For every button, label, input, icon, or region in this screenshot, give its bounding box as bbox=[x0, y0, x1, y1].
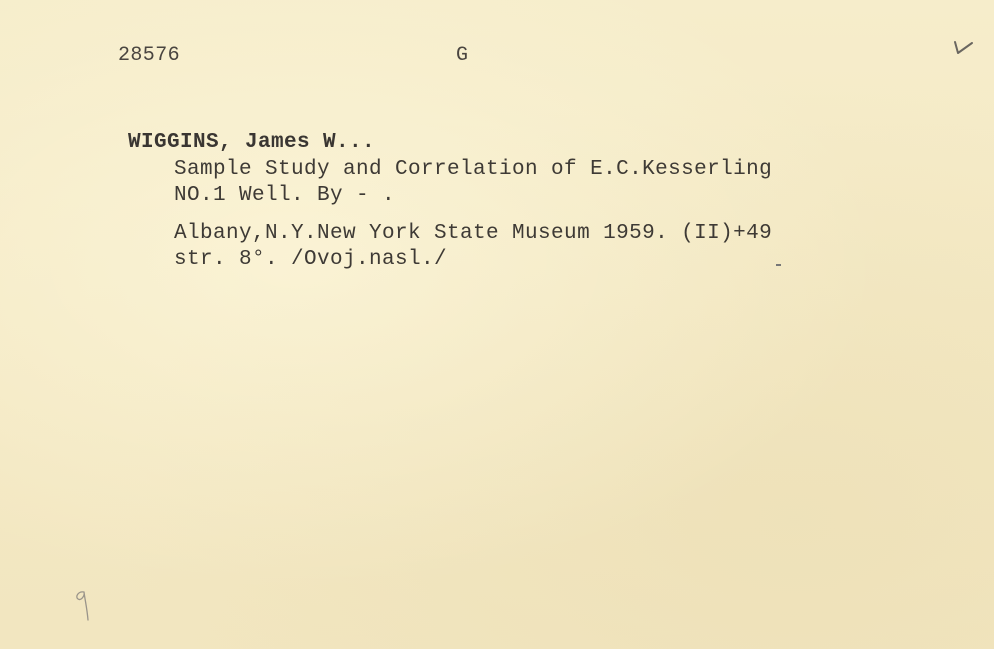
handwritten-nine-icon bbox=[70, 588, 98, 629]
imprint-line-1: Albany,N.Y.New York State Museum 1959. (… bbox=[174, 222, 772, 245]
imprint-line-2: str. 8°. /Ovoj.nasl./ bbox=[174, 248, 447, 271]
classification-mark: G bbox=[456, 44, 468, 67]
check-mark-icon bbox=[952, 38, 976, 63]
author-heading: WIGGINS, James W... bbox=[128, 131, 375, 154]
title-line-1: Sample Study and Correlation of E.C.Kess… bbox=[174, 158, 772, 181]
accession-number: 28576 bbox=[118, 44, 180, 67]
stray-mark bbox=[776, 264, 781, 266]
catalog-card: 28576 G WIGGINS, James W... Sample Study… bbox=[0, 0, 994, 649]
title-line-2: NO.1 Well. By - . bbox=[174, 184, 395, 207]
